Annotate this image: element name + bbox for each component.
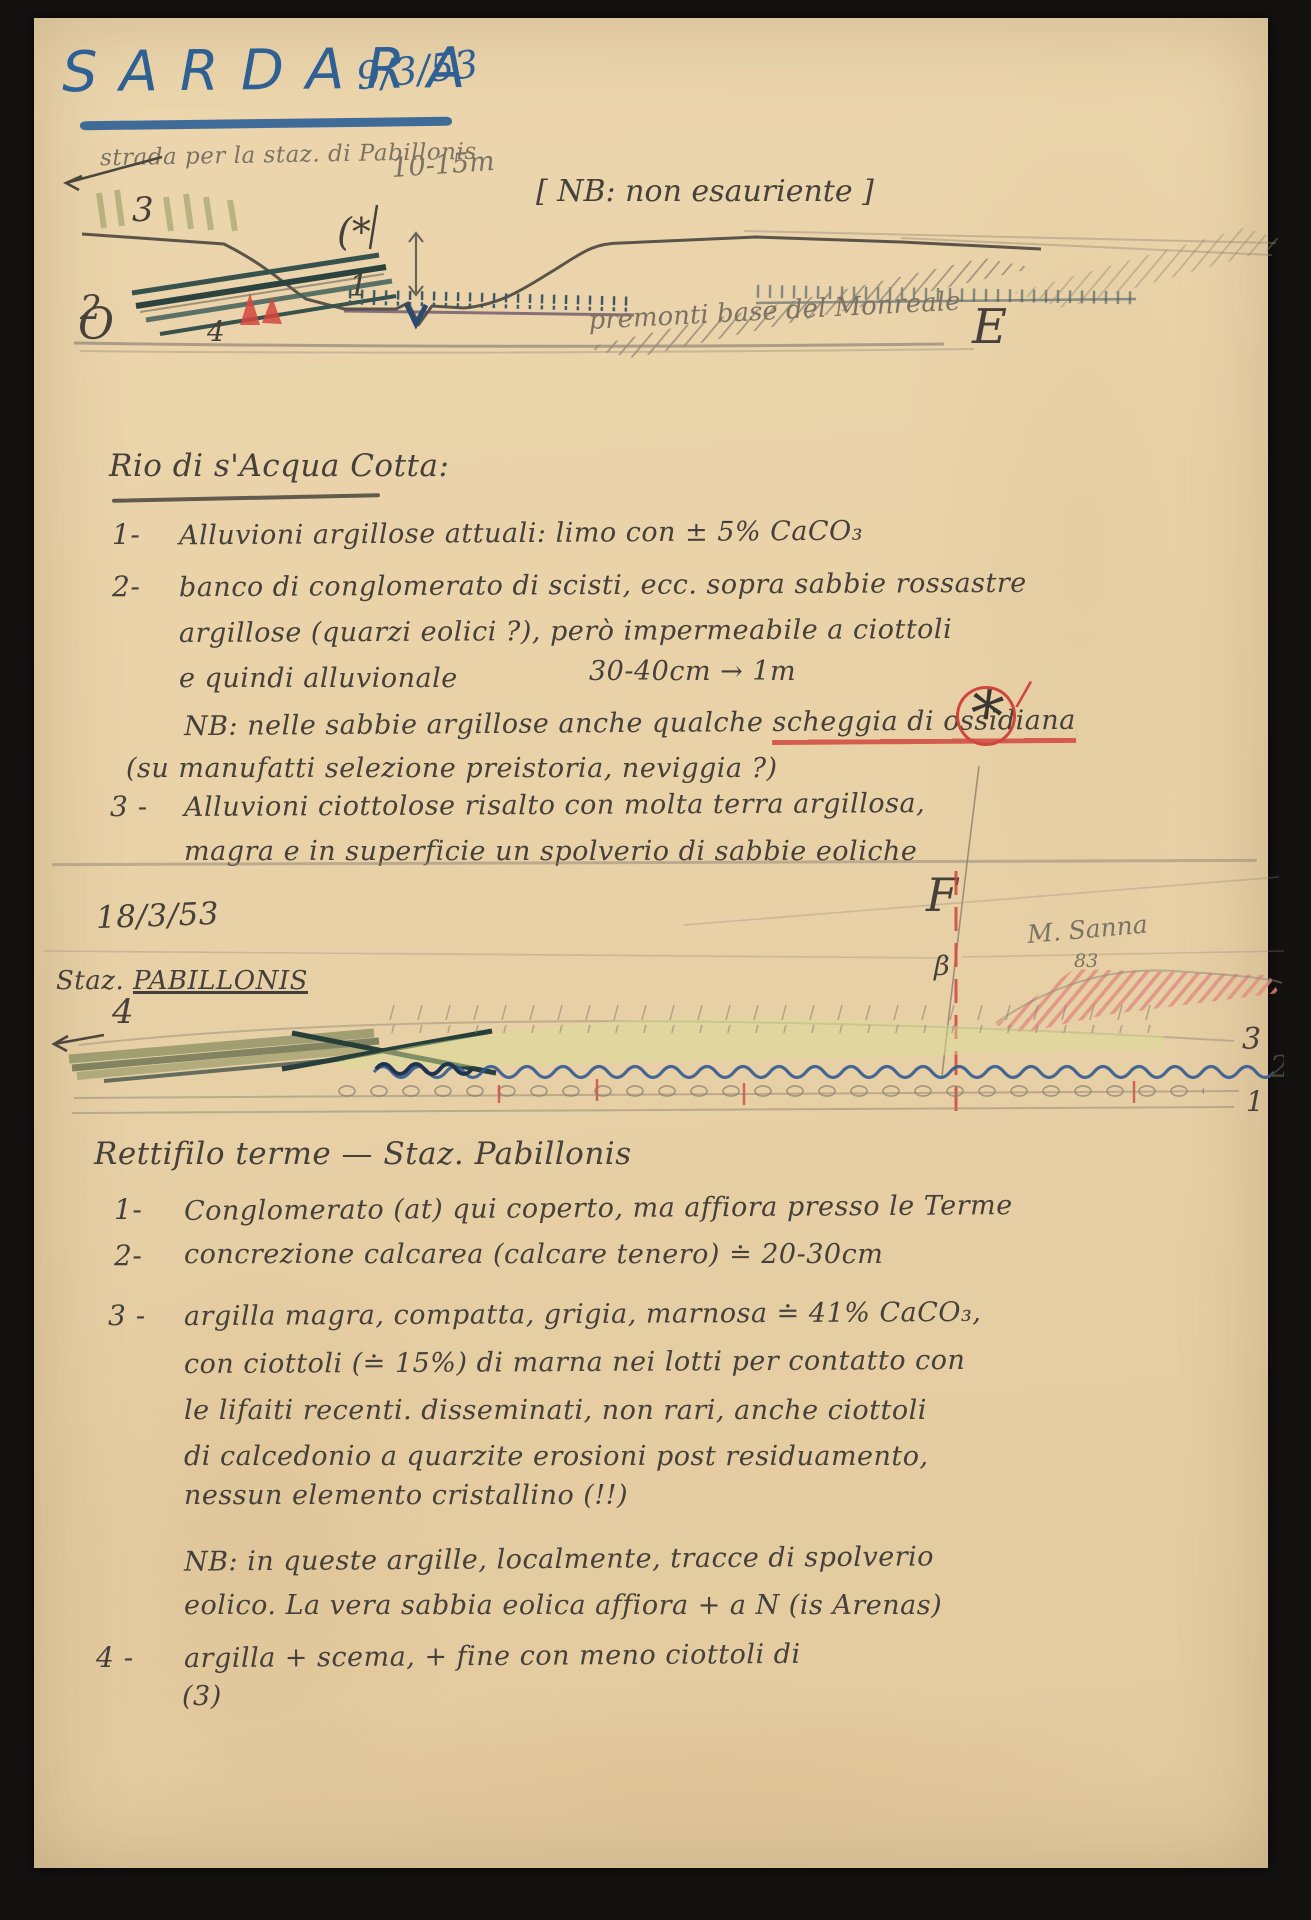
section2-heading: Rettifilo terme — Staz. Pabillonis: [94, 1136, 632, 1172]
nb-note-line: eolico. La vera sabbia eolica affiora + …: [184, 1590, 942, 1621]
grass-tick-row: [374, 1003, 1164, 1033]
cross-section-sketch-1: (* 3 2 1 4 10-15m [ NB: non esauriente ]…: [44, 143, 1284, 378]
section-baseline: [74, 343, 944, 346]
item-number: 3 -: [108, 1299, 146, 1332]
item-number: 2-: [114, 1239, 142, 1272]
note-line: e quindi alluvionale: [179, 663, 458, 694]
section1-heading: Rio di s'Acqua Cotta:: [109, 448, 449, 484]
scan-background: { "header": { "title": "SARDARA", "date"…: [0, 0, 1311, 1920]
note-line: argilla + scema, + fine con meno ciottol…: [184, 1639, 801, 1674]
layer-label-2: 2: [1269, 1050, 1284, 1085]
note-line: le lifaiti recenti. disseminati, non rar…: [184, 1395, 927, 1426]
asterisk-slash: [370, 205, 377, 249]
note-line: concrezione calcarea (calcare tenero) ≐ …: [184, 1239, 883, 1270]
layer-label-4: 4: [206, 315, 225, 348]
note-line: con ciottoli (≐ 15%) di marna nei lotti …: [184, 1345, 966, 1380]
mountain-label: M. Sanna: [1025, 910, 1149, 949]
item-number: 1-: [112, 518, 140, 551]
nb-bracket-note: [ NB: non esauriente ]: [536, 174, 874, 209]
nb-note-line: (su manufatti selezione preistoria, nevi…: [126, 753, 778, 784]
note-line: Conglomerato (at) qui coperto, ma affior…: [184, 1190, 1013, 1227]
title-underline: [80, 117, 452, 131]
asterisk-mark: (*: [337, 210, 371, 254]
dimension-label: 10-15m: [390, 146, 495, 184]
note-line: di calcedonio a quarzite erosioni post r…: [184, 1441, 929, 1472]
note-line: nessun elemento cristallino (!!): [184, 1480, 628, 1511]
layer-label-1: 1: [349, 269, 368, 304]
note-line: argilla magra, compatta, grigia, marnosa…: [184, 1297, 982, 1332]
note-line: argillose (quarzi eolici ?), però imperm…: [179, 614, 952, 649]
layer-label-1: 1: [1246, 1085, 1264, 1118]
east-label: E: [971, 299, 1007, 355]
nb-text: NB: nelle sabbie argillose anche qualche: [184, 707, 773, 742]
nb-note-line: NB: in queste argille, localmente, tracc…: [184, 1541, 934, 1577]
west-arrow-icon: [66, 157, 162, 190]
section-baseline-2: [80, 349, 974, 353]
item-number: 3 -: [110, 790, 148, 823]
note-line: Alluvioni ciottolose risalto con molta t…: [184, 788, 925, 823]
beta-label: β: [933, 951, 950, 982]
cross-section-sketch-2: F β M. Sanna 83 4: [44, 863, 1284, 1158]
layer-label-3: 3: [1242, 1022, 1261, 1057]
item-number: 2-: [112, 570, 140, 603]
west-label: O: [78, 299, 114, 350]
item-number: 4 -: [96, 1641, 134, 1674]
item-number: 1-: [114, 1193, 142, 1226]
note-reference: (3): [182, 1681, 222, 1712]
layer-label-4: 4: [111, 992, 134, 1032]
layer-label-3: 3: [132, 190, 154, 230]
note-line: Alluvioni argillose attuali: limo con ± …: [179, 516, 863, 552]
notebook-page: SARDARA 9/3/53 strada per la staz. di Pa…: [34, 18, 1268, 1868]
dimension-arrow: [409, 233, 423, 295]
note-line: banco di conglomerato di scisti, ecc. so…: [179, 568, 1027, 603]
measure-annotation: 30-40cm → 1m: [589, 656, 796, 687]
green-shading: [99, 190, 235, 231]
mountain-elevation: 83: [1074, 950, 1098, 972]
section1-heading-underline: [112, 493, 380, 503]
